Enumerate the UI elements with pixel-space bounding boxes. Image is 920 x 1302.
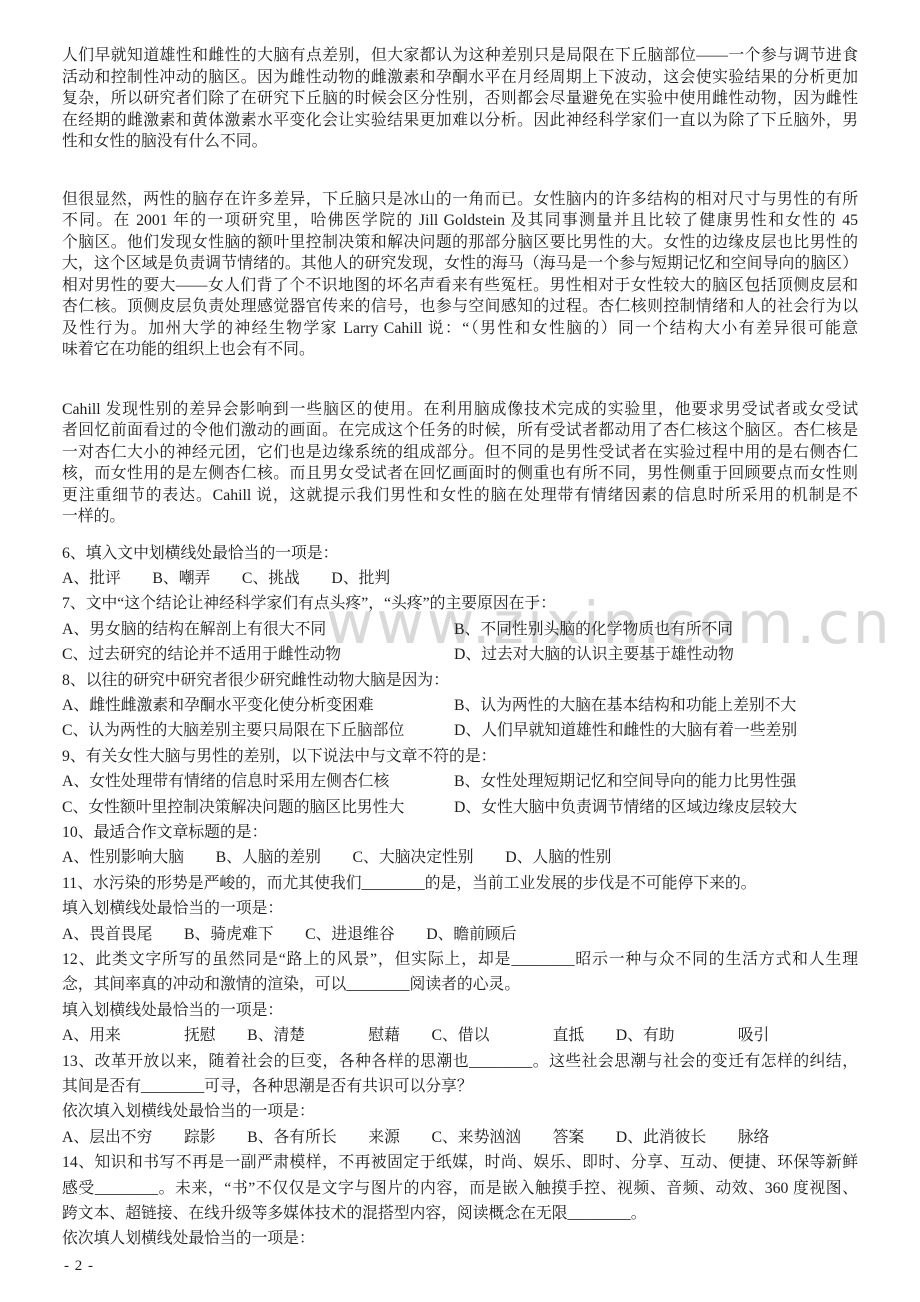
- option-right: B、认为两性的大脑在基本结构和功能上差别不大: [454, 693, 796, 718]
- passage-line: 核，而女性用的是左侧杏仁核。而且男女受试者在回忆画面时的侧重也有所不同，男性侧重…: [62, 463, 858, 485]
- question-option-row: C、女性额叶里控制决策解决问题的脑区比男性大D、女性大脑中负责调节情绪的区域边缘…: [62, 795, 858, 820]
- question-line: 13、改革开放以来，随着社会的巨变，各种各样的思潮也________。这些社会思…: [62, 1049, 858, 1074]
- passage-line: 及性行为。加州大学的神经生物学家 Larry Cahill 说：“（男性和女性脑…: [62, 318, 858, 340]
- passage-line: 活动和控制性冲动的脑区。因为雌性动物的雌激素和孕酮水平在月经周期上下波动，这会使…: [62, 67, 858, 89]
- passage-line: 一样的。: [62, 506, 858, 528]
- question-line: 依次填入划横线处最恰当的一项是：: [62, 1099, 858, 1124]
- question-line: A、畏首畏尾 B、骑虎难下 C、进退维谷 D、瞻前顾后: [62, 922, 858, 947]
- option-right: D、人们早就知道雄性和雌性的大脑有着一些差别: [454, 718, 797, 743]
- passage-paragraph: 人们早就知道雄性和雌性的大脑有点差别，但大家都认为这种差别只是局限在下丘脑部位—…: [62, 45, 858, 153]
- question-option-row: A、男女脑的结构在解剖上有很大不同B、不同性别头脑的化学物质也有所不同: [62, 617, 858, 642]
- passage-line: 味着它在功能的组织上也会有不同。: [62, 339, 858, 361]
- question-line: A、性别影响大脑 B、人脑的差别 C、大脑决定性别 D、人脑的性别: [62, 845, 858, 870]
- option-left: A、雌性雌激素和孕酮水平变化使分析变困难: [62, 697, 374, 714]
- question-line: 填入划横线处最恰当的一项是：: [62, 896, 858, 921]
- passage-line: 人们早就知道雄性和雌性的大脑有点差别，但大家都认为这种差别只是局限在下丘脑部位—…: [62, 45, 858, 67]
- option-left: A、女性处理带有情绪的信息时采用左侧杏仁核: [62, 773, 389, 790]
- question-line: 依次填人划横线处最恰当的一项是：: [62, 1226, 858, 1251]
- option-right: B、不同性别头脑的化学物质也有所不同: [454, 617, 733, 642]
- question-option-row: A、女性处理带有情绪的信息时采用左侧杏仁核B、女性处理短期记忆和空间导向的能力比…: [62, 769, 858, 794]
- question-line: A、层出不穷 踪影 B、各有所长 来源 C、来势汹汹 答案 D、此消彼长 脉络: [62, 1125, 858, 1150]
- passage-line: 相对男性的要大——女人们背了个不识地图的坏名声看来有些冤枉。男性相对于女性较大的…: [62, 275, 858, 297]
- question-line: A、用来 抚慰 B、清楚 慰藉 C、借以 直抵 D、有助 吸引: [62, 1023, 858, 1048]
- passage: 人们早就知道雄性和雌性的大脑有点差别，但大家都认为这种差别只是局限在下丘脑部位—…: [62, 45, 858, 528]
- questions: 6、填入文中划横线处最恰当的一项是：A、批评 B、嘲弄 C、挑战 D、批判7、文…: [62, 541, 858, 1252]
- question-line: 跨文本、超链接、在线升级等多媒体技术的混搭型内容，阅读概念在无限________…: [62, 1201, 858, 1226]
- option-right: B、女性处理短期记忆和空间导向的能力比男性强: [454, 769, 796, 794]
- question-option-row: A、雌性雌激素和孕酮水平变化使分析变困难B、认为两性的大脑在基本结构和功能上差别…: [62, 693, 858, 718]
- question-line: 10、最适合作文章标题的是：: [62, 820, 858, 845]
- passage-line: 大，这个区域是负责调节情绪的。其他人的研究发现，女性的海马（海马是一个参与短期记…: [62, 253, 858, 275]
- question-line: 感受________。未来，“书”不仅仅是文字与图片的内容，而是嵌入触摸手控、视…: [62, 1176, 858, 1201]
- passage-paragraph: Cahill 发现性别的差异会影响到一些脑区的使用。在利用脑成像技术完成的实验里…: [62, 399, 858, 528]
- question-line: 9、有关女性大脑与男性的差别，以下说法中与文章不符的是：: [62, 744, 858, 769]
- passage-line: Cahill 发现性别的差异会影响到一些脑区的使用。在利用脑成像技术完成的实验里…: [62, 399, 858, 421]
- passage-line: 但很显然，两性的脑存在许多差异，下丘脑只是冰山的一角而已。女性脑内的许多结构的相…: [62, 189, 858, 211]
- option-left: C、女性额叶里控制决策解决问题的脑区比男性大: [62, 799, 404, 816]
- passage-paragraph: 但很显然，两性的脑存在许多差异，下丘脑只是冰山的一角而已。女性脑内的许多结构的相…: [62, 189, 858, 361]
- passage-line: 者回忆前面看过的令他们激动的画面。在完成这个任务的时候，所有受试者都动用了杏仁核…: [62, 420, 858, 442]
- passage-line: 一对杏仁大小的神经元团，它们也是边缘系统的组成部分。但不同的是男性受试者在实验过…: [62, 442, 858, 464]
- passage-line: 在经期的雌激素和黄体激素水平变化会让实验结果更加难以分析。因此神经科学家们一直以…: [62, 110, 858, 132]
- question-line: 7、文中“这个结论让神经科学家们有点头疼”，“头疼”的主要原因在于：: [62, 591, 858, 616]
- question-line: A、批评 B、嘲弄 C、挑战 D、批判: [62, 566, 858, 591]
- passage-line: 个脑区。他们发现女性脑的额叶里控制决策和解决问题的那部分脑区要比男性的大。女性的…: [62, 232, 858, 254]
- question-line: 其间是否有________可寻，各种思潮是否有共识可以分享？: [62, 1074, 858, 1099]
- option-left: A、男女脑的结构在解剖上有很大不同: [62, 621, 326, 638]
- question-line: 11、水污染的形势是严峻的，而尤其使我们________的是，当前工业发展的步伐…: [62, 871, 858, 896]
- passage-line: 更注重细节的表达。Cahill 说，这就提示我们男性和女性的脑在处理带有情绪因素…: [62, 485, 858, 507]
- option-right: D、过去对大脑的认识主要基于雄性动物: [454, 642, 734, 667]
- question-line: 6、填入文中划横线处最恰当的一项是：: [62, 541, 858, 566]
- question-line: 填入划横线处最恰当的一项是：: [62, 998, 858, 1023]
- passage-line: 性和女性的脑没有什么不同。: [62, 131, 858, 153]
- question-option-row: C、认为两性的大脑差别主要只局限在下丘脑部位D、人们早就知道雄性和雌性的大脑有着…: [62, 718, 858, 743]
- question-line: 念，其间率真的冲动和激情的渲染，可以________阅读者的心灵。: [62, 972, 858, 997]
- page-content: 人们早就知道雄性和雌性的大脑有点差别，但大家都认为这种差别只是局限在下丘脑部位—…: [62, 45, 858, 1252]
- question-line: 8、以往的研究中研究者很少研究雌性动物大脑是因为：: [62, 668, 858, 693]
- passage-line: 杏仁核。顶侧皮层负责处理感觉器官传来的信号，也参与空间感知的过程。杏仁核则控制情…: [62, 296, 858, 318]
- question-option-row: C、过去研究的结论并不适用于雌性动物D、过去对大脑的认识主要基于雄性动物: [62, 642, 858, 667]
- option-left: C、过去研究的结论并不适用于雌性动物: [62, 646, 341, 663]
- passage-line: 不同。在 2001 年的一项研究里，哈佛医学院的 Jill Goldstein …: [62, 210, 858, 232]
- document-page: www.zixin.com.cn 人们早就知道雄性和雌性的大脑有点差别，但大家都…: [0, 0, 920, 1302]
- page-number: - 2 -: [64, 1258, 94, 1275]
- question-line: 12、此类文字所写的虽然同是“路上的风景”，但实际上，却是________昭示一…: [62, 947, 858, 972]
- passage-line: 复杂，所以研究者们除了在研究下丘脑的时候会区分性别，否则都会尽量避免在实验中使用…: [62, 88, 858, 110]
- option-right: D、女性大脑中负责调节情绪的区域边缘皮层较大: [454, 795, 797, 820]
- option-left: C、认为两性的大脑差别主要只局限在下丘脑部位: [62, 722, 404, 739]
- question-line: 14、知识和书写不再是一副严肃模样，不再被固定于纸媒，时尚、娱乐、即时、分享、互…: [62, 1150, 858, 1175]
